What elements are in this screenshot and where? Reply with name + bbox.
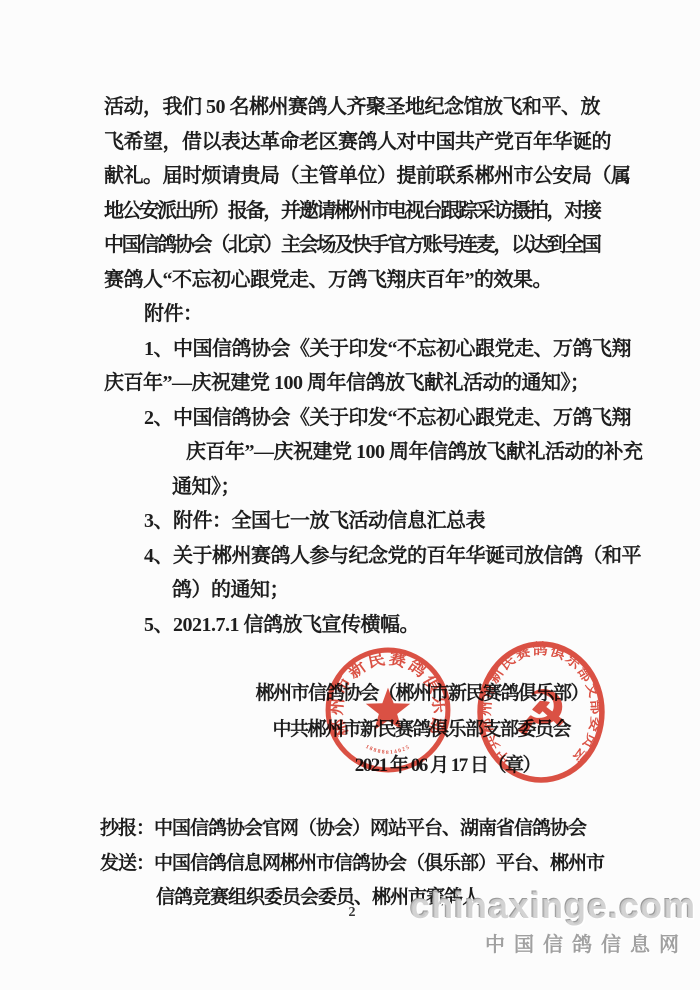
body-paragraph: 活动，我们 50 名郴州赛鸽人齐聚圣地纪念馆放飞和平、放 飞希望，借以表达革命老…	[104, 90, 649, 642]
attachment-item-line: 3、附件：全国七一放飞活动信息汇总表	[144, 504, 649, 539]
signature-org-line-2: 中共郴州市新民赛鸽俱乐部支部委员会	[272, 714, 570, 741]
attachment-item-line: 4、关于郴州赛鸽人参与纪念党的百年华诞司放信鸽（和平	[144, 539, 649, 574]
paragraph-line: 献礼。届时烦请贵局（主管单位）提前联系郴州市公安局（属	[104, 159, 649, 194]
attachment-item-line: 1、中国信鸽协会《关于印发“不忘初心跟党走、万鸽飞翔	[144, 332, 649, 367]
paragraph-line: 地公安派出所）报备，并邀请郴州市电视台跟踪采访摄拍，对接	[104, 194, 649, 229]
attachments-heading: 附件：	[144, 297, 649, 332]
paragraph-line: 活动，我们 50 名郴州赛鸽人齐聚圣地纪念馆放飞和平、放	[104, 90, 649, 125]
attachment-item-line: 通知》；	[172, 470, 649, 505]
paragraph-line: 中国信鸽协会（北京）主会场及快手官方账号连麦，以达到全国	[104, 228, 649, 263]
document-page: 活动，我们 50 名郴州赛鸽人齐聚圣地纪念馆放飞和平、放 飞希望，借以表达革命老…	[0, 0, 700, 990]
watermark-site-name: 中国信鸽信息网	[485, 928, 688, 957]
signature-org-line-1: 郴州市信鸽协会（郴州市新民赛鸽俱乐部）	[255, 678, 588, 705]
signature-date-line: 2021 年 06 月 17 日（章）	[355, 750, 540, 777]
footer-copy-line: 抄报：中国信鸽协会官网（协会）网站平台、湖南省信鸽协会	[100, 812, 660, 847]
footer-send-line-2: 信鸽竞赛组织委员会委员、郴州市赛鸽人	[156, 881, 660, 916]
page-number: 2	[340, 905, 364, 921]
attachment-item-line: 庆百年”—庆祝建党 100 周年信鸽放飞献礼活动的补充	[186, 435, 649, 470]
paragraph-line: 赛鸽人“不忘初心跟党走、万鸽飞翔庆百年”的效果。	[104, 263, 649, 298]
attachment-item-line: 2、中国信鸽协会《关于印发“不忘初心跟党走、万鸽飞翔	[144, 401, 649, 436]
attachment-item-line: 鸽）的通知；	[172, 573, 649, 608]
attachment-item-line: 5、2021.7.1 信鸽放飞宣传横幅。	[144, 608, 649, 643]
footer-send-line-1: 发送：中国信鸽信息网郴州市信鸽协会（俱乐部）平台、郴州市	[100, 847, 660, 882]
footer-distribution: 抄报：中国信鸽协会官网（协会）网站平台、湖南省信鸽协会 发送：中国信鸽信息网郴州…	[100, 812, 660, 916]
attachment-item-line: 庆百年”—庆祝建党 100 周年信鸽放飞献礼活动的通知》；	[104, 366, 649, 401]
paragraph-line: 飞希望，借以表达革命老区赛鸽人对中国共产党百年华诞的	[104, 125, 649, 160]
